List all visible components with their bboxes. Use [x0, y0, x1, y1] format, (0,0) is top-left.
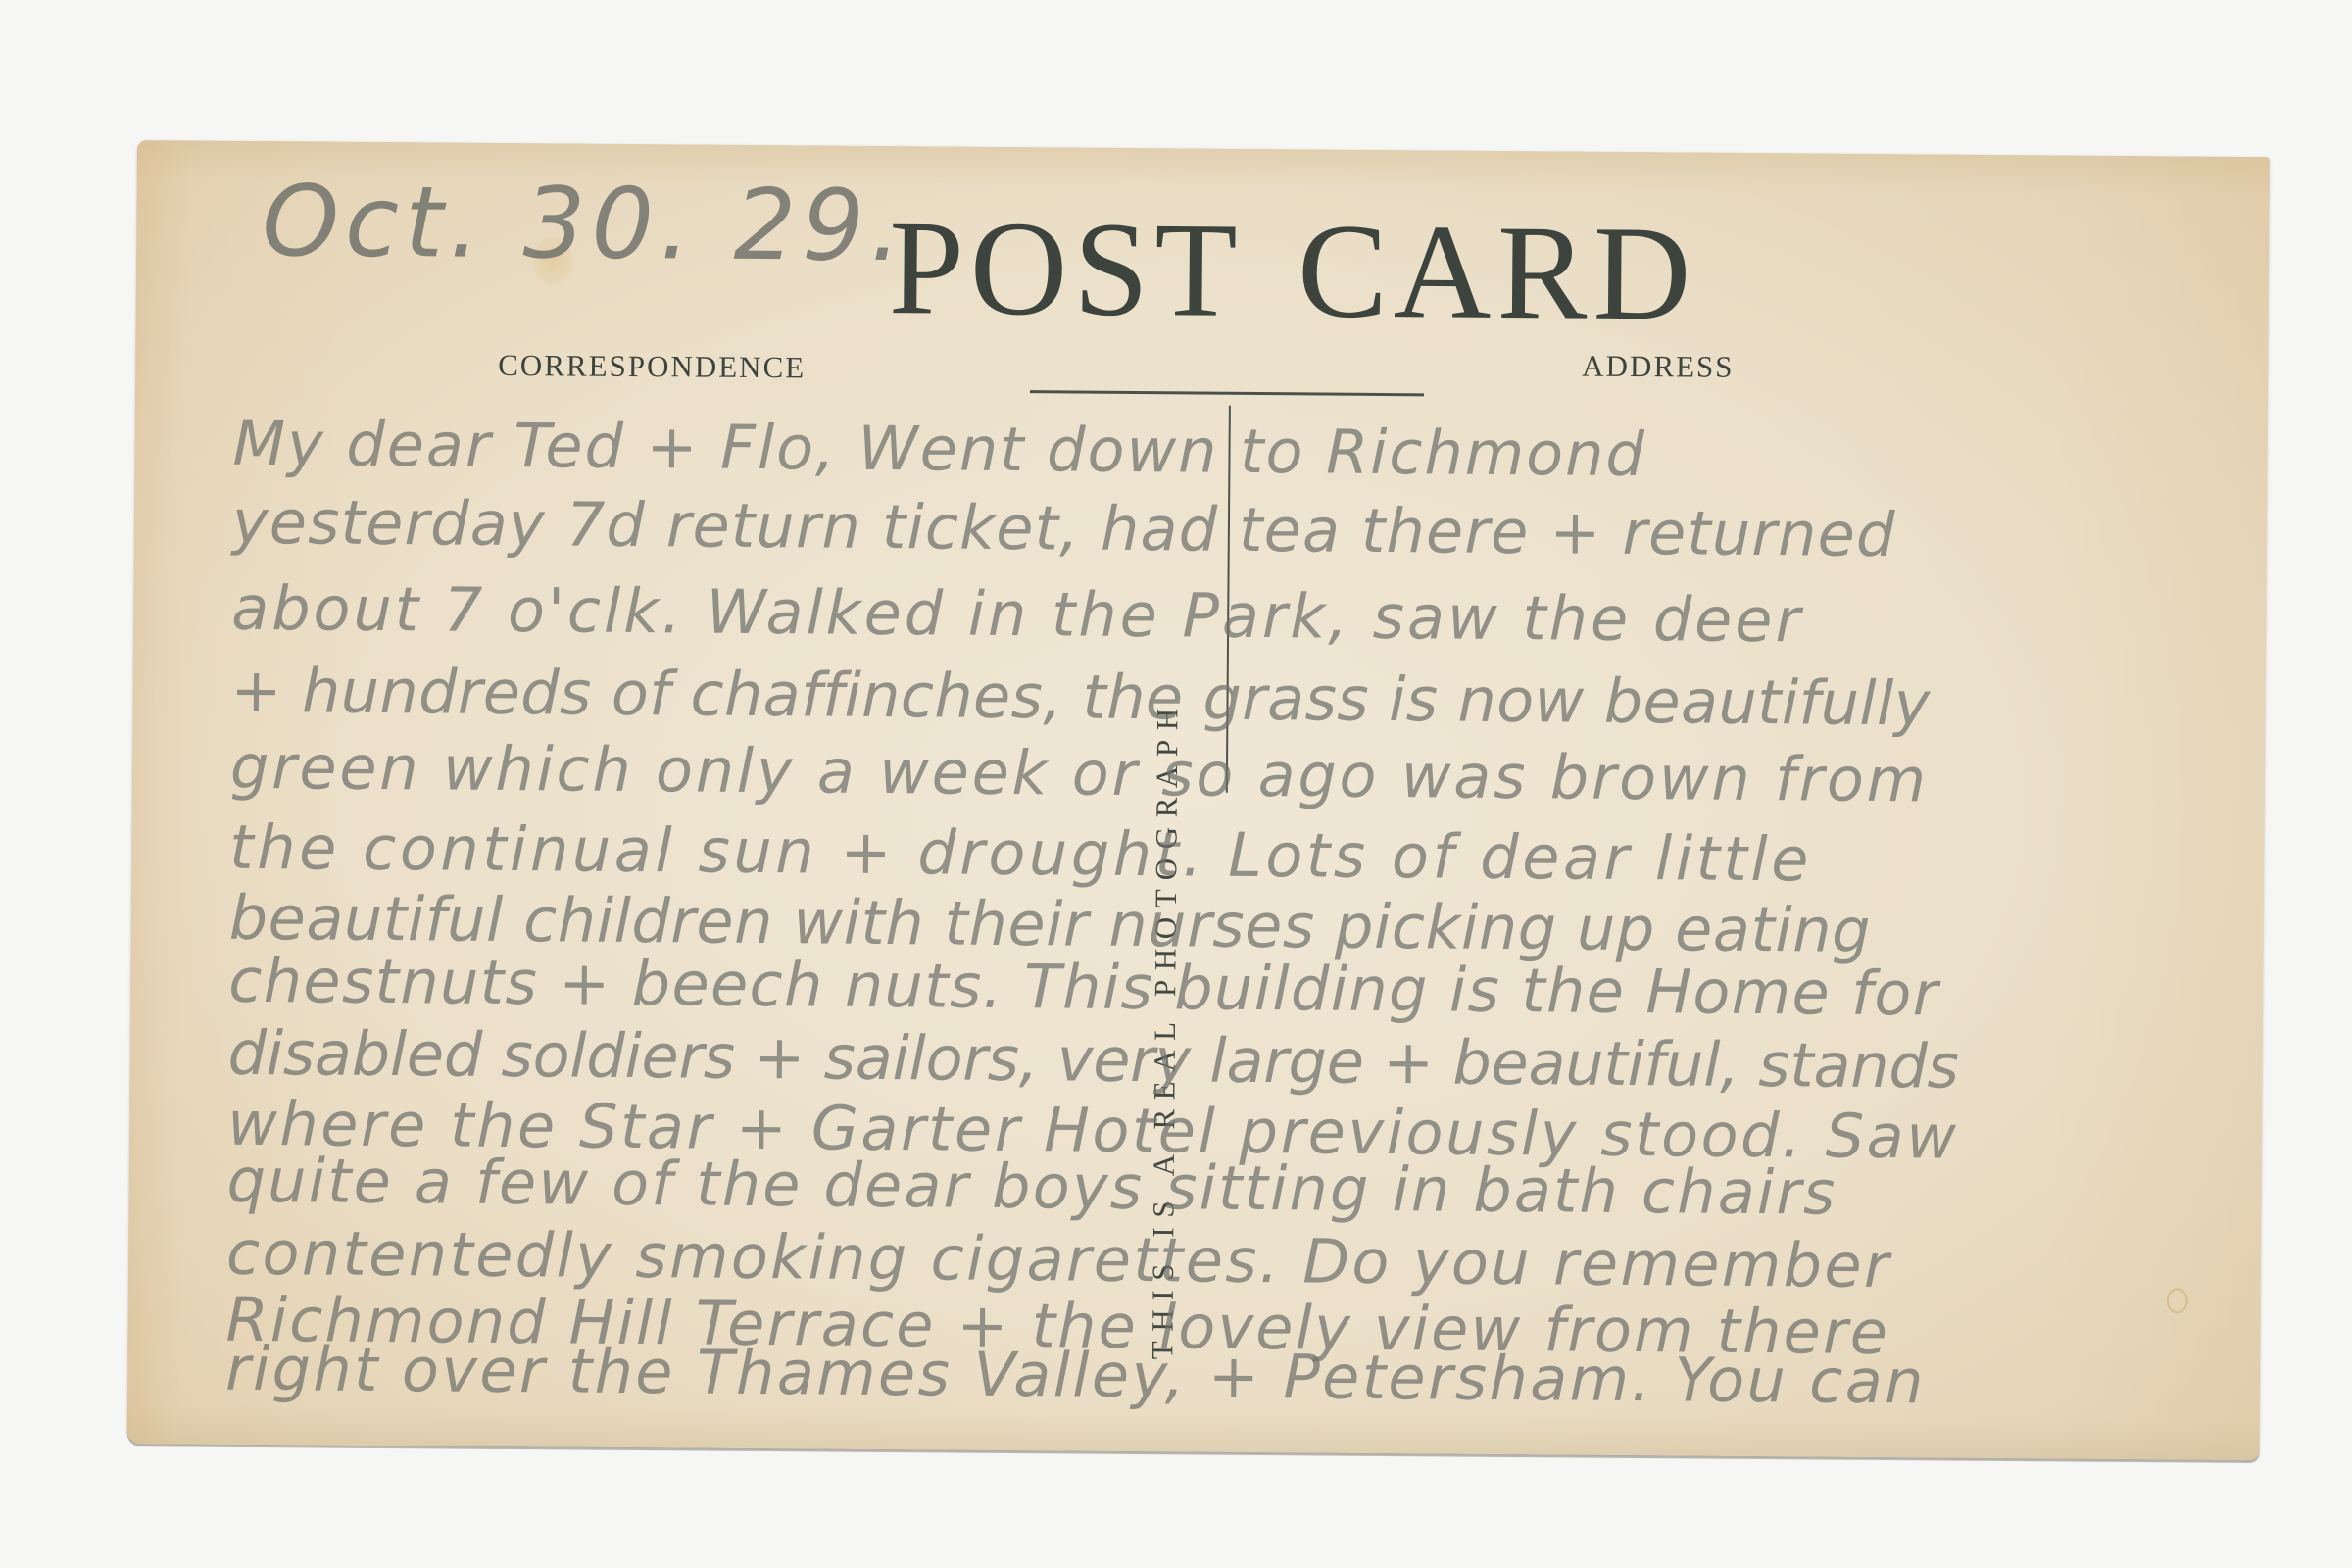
message-line: My dear Ted + Flo, Went down to Richmond [232, 414, 1646, 485]
message-line: right over the Thames Valley, + Petersha… [225, 1339, 1926, 1413]
message-line: + hundreds of chaffinches, the grass is … [230, 661, 1931, 735]
title-card: CARD [1297, 203, 1696, 341]
message-line: disabled soldiers + sailors, very large … [227, 1023, 1958, 1098]
message-line: chestnuts + beech nuts. This building is… [228, 951, 1939, 1025]
message-line: about 7 o'clk. Walked in the Park, saw t… [231, 578, 1803, 652]
correspondence-label: CORRESPONDENCE [498, 350, 806, 382]
address-label: ADDRESS [1582, 351, 1735, 382]
title-post: POST [888, 200, 1244, 338]
handwritten-date: Oct. 30. 29. [262, 172, 907, 275]
message-line: yesterday 7d return ticket, had tea ther… [232, 492, 1896, 565]
postcard: Oct. 30. 29. POST CARD CORRESPONDENCE AD… [127, 140, 2270, 1460]
message-line: green which only a week or so ago was br… [230, 737, 1929, 811]
title-underline [1030, 390, 1424, 396]
scan-background: Oct. 30. 29. POST CARD CORRESPONDENCE AD… [0, 0, 2352, 1568]
stain-mark [2167, 1288, 2188, 1313]
message-line: quite a few of the dear boys sitting in … [226, 1151, 1837, 1224]
message-line: the continual sun + drought. Lots of dea… [229, 817, 1812, 891]
